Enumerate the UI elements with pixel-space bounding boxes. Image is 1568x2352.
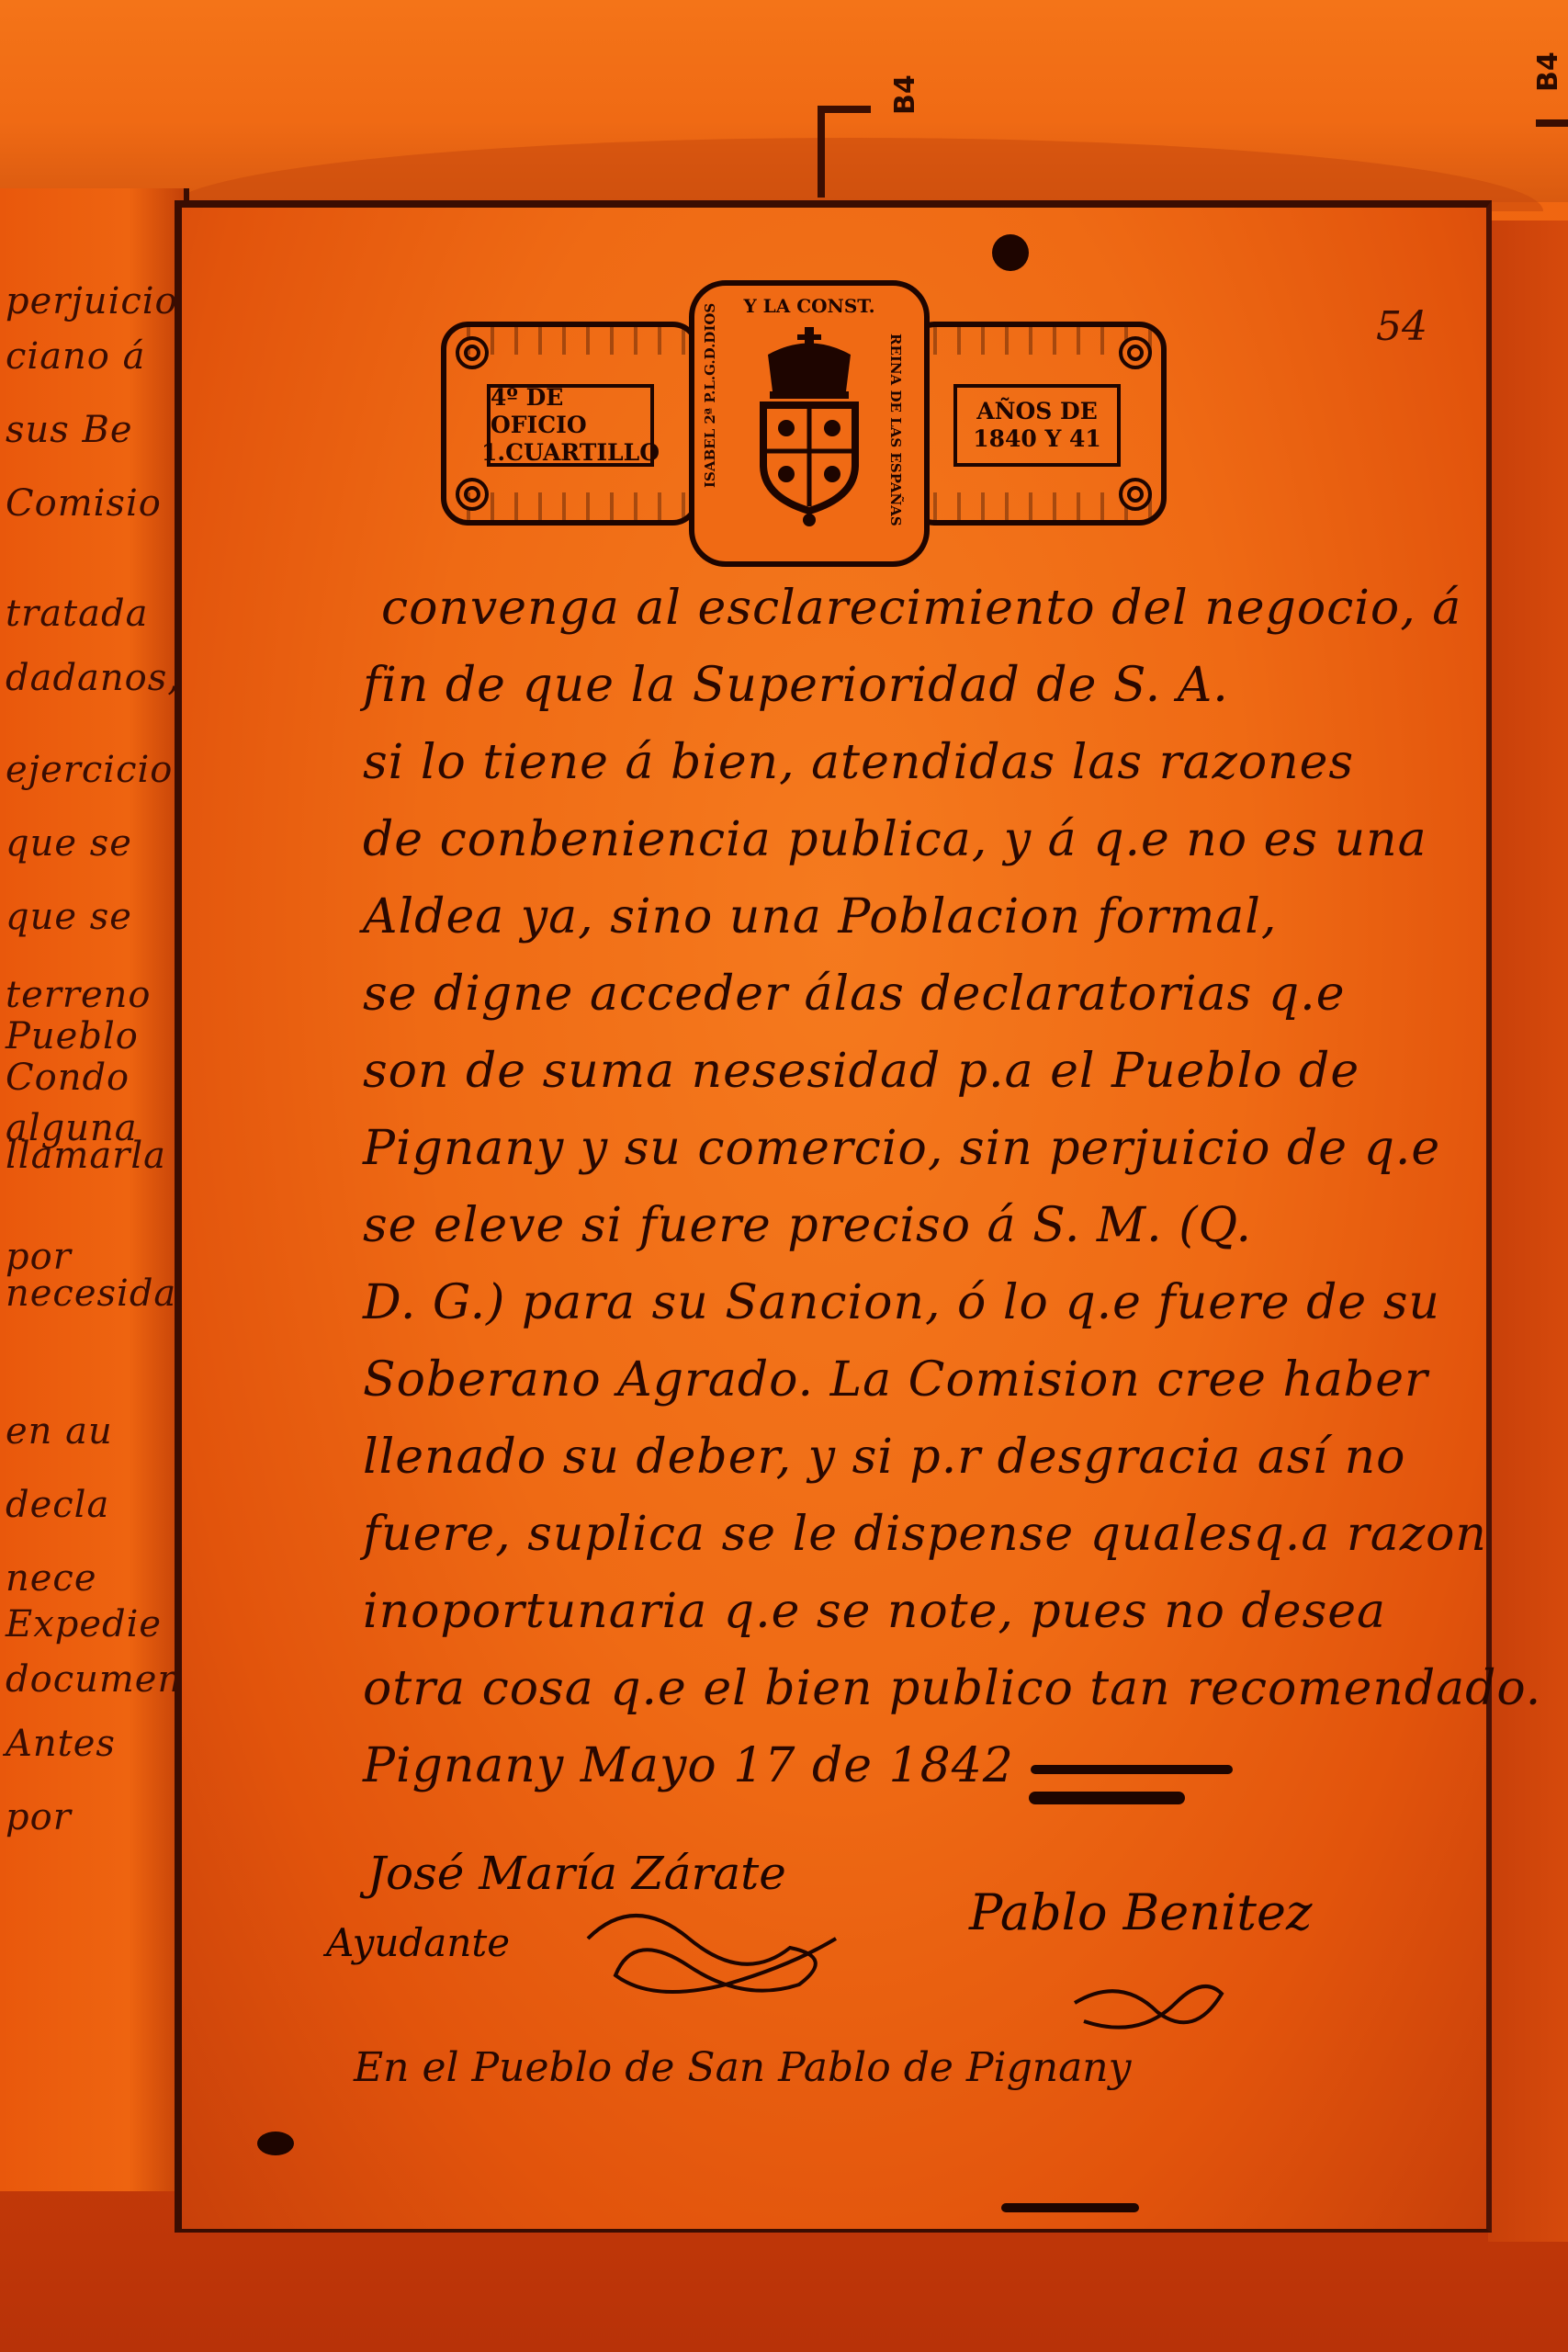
rubric-flourish-icon [1066, 1975, 1249, 2049]
stamp-legend-top: Y LA CONST. [694, 295, 924, 317]
ruler-label-b4-right: B4 [1532, 51, 1564, 92]
left-fragment: documen [6, 1658, 182, 1701]
rosette-icon [1119, 478, 1152, 511]
manuscript-line: otra cosa q.e el bien publico tan recome… [363, 1650, 1493, 1727]
date-text: Pignany Mayo 17 de 1842 [363, 1738, 1014, 1793]
manuscript-line: fin de que la Superioridad de S. A. [363, 647, 1493, 724]
ink-blot [992, 234, 1029, 271]
left-fragment: que se [6, 822, 132, 865]
stamp-center-medallion: Y LA CONST. ISABEL 2ª P.L.G.D.DIOS REINA… [689, 280, 930, 567]
left-fragment: ejercicio [6, 749, 173, 791]
manuscript-line: Pignany y su comercio, sin perjuicio de … [363, 1110, 1493, 1187]
manuscript-line: Soberano Agrado. La Comision cree haber [363, 1341, 1493, 1419]
stamp-left-panel: 4º DE OFICIO 1.CUARTILLO [441, 322, 700, 526]
left-fragment: terreno [6, 974, 152, 1016]
left-fragment: Comisio [6, 482, 162, 525]
left-fragment: dadanos, [6, 657, 180, 699]
stamp-right-line1: AÑOS DE [976, 398, 1098, 425]
manuscript-line: se eleve si fuere preciso á S. M. (Q. [363, 1187, 1493, 1264]
coat-of-arms-icon [750, 327, 869, 529]
closing-flourish [1031, 1765, 1233, 1774]
manuscript-date-line: Pignany Mayo 17 de 1842 [363, 1727, 1493, 1804]
rosette-icon [456, 478, 489, 511]
manuscript-line: llenado su deber, y si p.r desgracia así… [363, 1419, 1493, 1496]
manuscript-body: convenga al esclarecimiento del negocio,… [363, 570, 1493, 1804]
left-fragment: nece [6, 1557, 97, 1600]
stamp-left-line2: 1.CUARTILLO [481, 439, 660, 467]
manuscript-line: Aldea ya, sino una Poblacion formal, [363, 878, 1493, 955]
tax-stamp: 4º DE OFICIO 1.CUARTILLO AÑOS DE 1840 Y … [441, 280, 1167, 556]
left-fragment: ciano á [6, 335, 145, 378]
left-fragment: tratada [6, 593, 148, 635]
manuscript-line: convenga al esclarecimiento del negocio,… [363, 570, 1493, 647]
manuscript-line: inoportunaria q.e se note, pues no desea [363, 1573, 1493, 1650]
signature-zarate: José María Zárate [367, 1847, 786, 1900]
left-facing-page: perjuicios de ciano á sus Be Comisio tra… [0, 188, 189, 2191]
manuscript-line: si lo tiene á bien, atendidas las razone… [363, 724, 1493, 801]
rubric-flourish-icon [579, 1902, 854, 2003]
closing-line: En el Pueblo de San Pablo de Pignany [354, 2044, 1132, 2091]
left-fragment: Expedie [6, 1603, 162, 1645]
stamp-right-line2: 1840 Y 41 [973, 425, 1101, 453]
stamp-legend-right: REINA DE LAS ESPAÑAS [887, 334, 904, 517]
ink-blot [1001, 2203, 1139, 2212]
stamp-right-panel: AÑOS DE 1840 Y 41 [908, 322, 1167, 526]
left-fragment: sus Be [6, 409, 133, 451]
ruler-mark-right [1536, 119, 1568, 127]
left-fragment: Antes [6, 1723, 116, 1765]
manuscript-line: fuere, suplica se le dispense qualesq.a … [363, 1496, 1493, 1573]
stamp-legend-left: ISABEL 2ª P.L.G.D.DIOS [702, 303, 718, 488]
manuscript-line: son de suma nesesidad p.a el Pueblo de [363, 1033, 1493, 1110]
left-fragment: llamarla [6, 1135, 166, 1177]
ink-blot [257, 2131, 294, 2155]
stamp-left-line1: 4º DE OFICIO [491, 384, 650, 439]
manuscript-line: de conbeniencia publica, y á q.e no es u… [363, 801, 1493, 878]
left-fragment: decla [6, 1484, 109, 1526]
rosette-icon [1119, 336, 1152, 369]
ruler-mark-horizontal [818, 106, 871, 113]
manuscript-line: se digne acceder álas declaratorias q.e [363, 955, 1493, 1033]
ruler-mark-vertical [818, 106, 825, 198]
stamp-left-text: 4º DE OFICIO 1.CUARTILLO [487, 384, 654, 467]
signature-role: Ayudante [326, 1920, 510, 1965]
folio-number: 54 [1376, 303, 1427, 350]
ink-blot [1029, 1792, 1185, 1804]
left-fragment: por [6, 1796, 72, 1838]
left-fragment: en au [6, 1410, 113, 1453]
left-fragment: Pueblo [6, 1015, 139, 1057]
left-fragment: que se [6, 896, 132, 938]
left-fragment: Condo [6, 1057, 130, 1099]
stamp-right-text: AÑOS DE 1840 Y 41 [953, 384, 1121, 467]
rosette-icon [456, 336, 489, 369]
left-fragment: necesida [6, 1272, 176, 1315]
signature-benitez: Pablo Benitez [969, 1883, 1312, 1941]
right-page-edge [1488, 220, 1568, 2242]
ruler-label-b4: B4 [889, 74, 921, 115]
manuscript-line: D. G.) para su Sancion, ó lo q.e fuere d… [363, 1264, 1493, 1341]
